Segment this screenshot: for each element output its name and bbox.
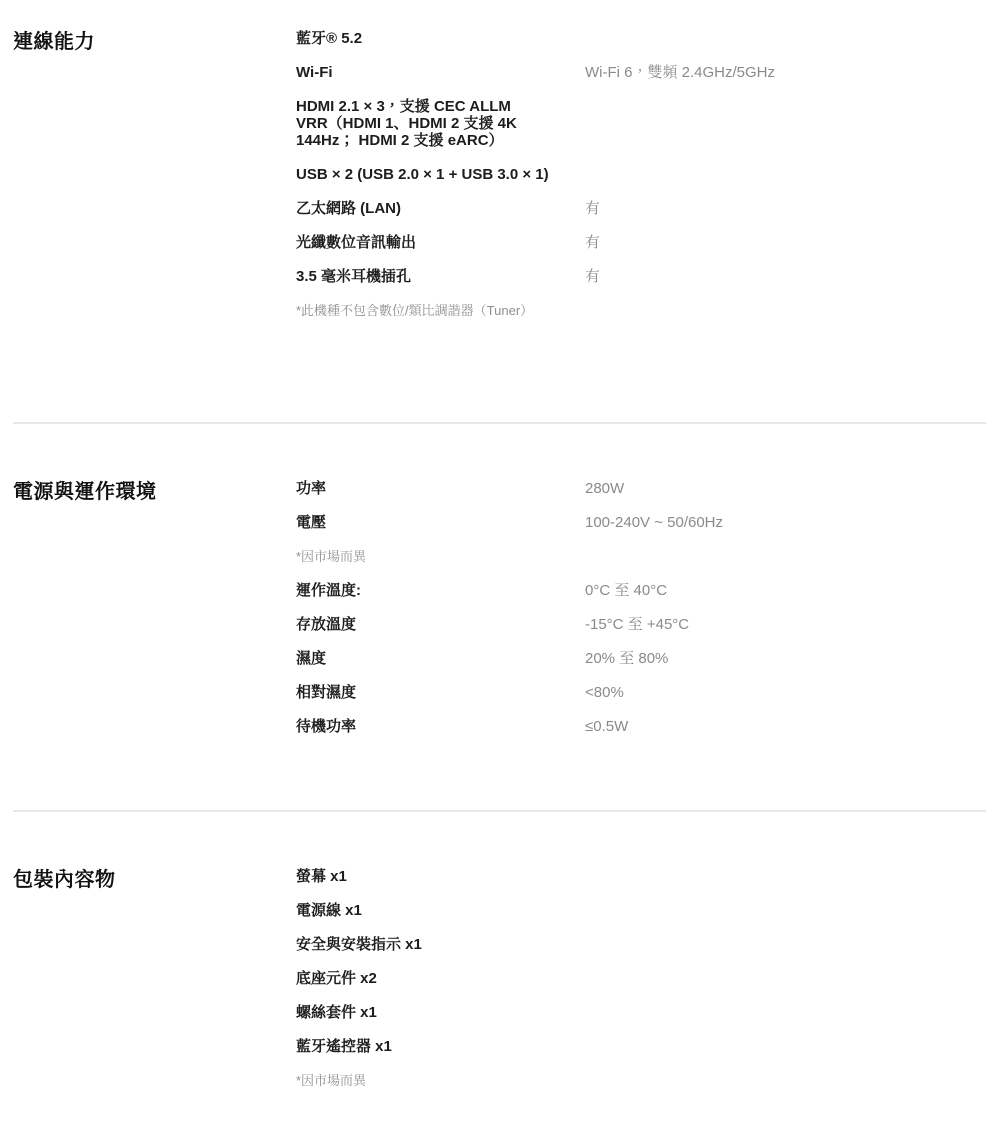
spec-rows: 螢幕 x1 電源線 x1 安全與安裝指示 x1 底座元件 x2 螺絲套件 x1 … — [296, 868, 986, 1106]
spec-label: 待機功率 — [296, 718, 585, 735]
spec-note-row: *因市場而異 — [296, 548, 986, 565]
spec-rows: 功率 280W 電壓 100-240V ~ 50/60Hz *因市場而異 運作溫… — [296, 480, 986, 752]
spec-label: 存放溫度 — [296, 616, 585, 633]
spec-value: 有 — [585, 234, 986, 251]
spec-row-storage-temperature: 存放溫度 -15°C 至 +45°C — [296, 616, 986, 633]
spec-label: USB × 2 (USB 2.0 × 1 + USB 3.0 × 1) — [296, 166, 585, 183]
spec-label: 藍牙® 5.2 — [296, 30, 585, 47]
spec-label: 安全與安裝指示 x1 — [296, 936, 585, 953]
spec-row-ethernet: 乙太網路 (LAN) 有 — [296, 200, 986, 217]
spec-row-headphone-jack: 3.5 毫米耳機插孔 有 — [296, 268, 986, 285]
section-divider — [13, 810, 986, 812]
spec-label: 濕度 — [296, 650, 585, 667]
spec-row-stand-parts: 底座元件 x2 — [296, 970, 986, 987]
section-title-power-environment: 電源與運作環境 — [13, 480, 296, 504]
section-title-connectivity: 連線能力 — [13, 30, 296, 54]
section-power-environment: 電源與運作環境 功率 280W 電壓 100-240V ~ 50/60Hz *因… — [13, 480, 986, 752]
spec-label: 底座元件 x2 — [296, 970, 585, 987]
spec-label: 螢幕 x1 — [296, 868, 585, 885]
section-package-contents: 包裝內容物 螢幕 x1 電源線 x1 安全與安裝指示 x1 底座元件 x2 螺絲… — [13, 868, 986, 1106]
tuner-note: *此機種不包含數位/類比調諧器（Tuner） — [296, 302, 585, 319]
spec-value: 280W — [585, 480, 986, 497]
spec-note-row: *因市場而異 — [296, 1072, 986, 1089]
spec-label: 運作溫度: — [296, 582, 585, 599]
spec-label: 相對濕度 — [296, 684, 585, 701]
spec-row-usb: USB × 2 (USB 2.0 × 1 + USB 3.0 × 1) — [296, 166, 986, 183]
section-title-package-contents: 包裝內容物 — [13, 868, 296, 892]
spec-row-screw-kit: 螺絲套件 x1 — [296, 1004, 986, 1021]
spec-label: 藍牙遙控器 x1 — [296, 1038, 585, 1055]
spec-label: 電源線 x1 — [296, 902, 585, 919]
spec-rows: 藍牙® 5.2 Wi-Fi Wi-Fi 6，雙頻 2.4GHz/5GHz HDM… — [296, 30, 986, 336]
spec-value: 有 — [585, 268, 986, 285]
spec-page: 連線能力 藍牙® 5.2 Wi-Fi Wi-Fi 6，雙頻 2.4GHz/5GH… — [0, 0, 1000, 1126]
spec-label: 光纖數位音訊輸出 — [296, 234, 585, 251]
spec-label: 螺絲套件 x1 — [296, 1004, 585, 1021]
spec-value: Wi-Fi 6，雙頻 2.4GHz/5GHz — [585, 64, 986, 81]
spec-value: 0°C 至 40°C — [585, 582, 986, 599]
spec-label: 3.5 毫米耳機插孔 — [296, 268, 585, 285]
spec-label: 功率 — [296, 480, 585, 497]
spec-value: 有 — [585, 200, 986, 217]
spec-value: 100-240V ~ 50/60Hz — [585, 514, 986, 531]
spec-row-voltage: 電壓 100-240V ~ 50/60Hz — [296, 514, 986, 531]
spec-value: <80% — [585, 684, 986, 701]
spec-row-humidity: 濕度 20% 至 80% — [296, 650, 986, 667]
market-note: *因市場而異 — [296, 1072, 585, 1089]
spec-value: ≤0.5W — [585, 718, 986, 735]
spec-row-safety-guide: 安全與安裝指示 x1 — [296, 936, 986, 953]
spec-row-bluetooth: 藍牙® 5.2 — [296, 30, 986, 47]
spec-label: 乙太網路 (LAN) — [296, 200, 585, 217]
spec-row-relative-humidity: 相對濕度 <80% — [296, 684, 986, 701]
market-note: *因市場而異 — [296, 548, 585, 565]
spec-row-power: 功率 280W — [296, 480, 986, 497]
spec-row-bluetooth-remote: 藍牙遙控器 x1 — [296, 1038, 986, 1055]
spec-row-operating-temperature: 運作溫度: 0°C 至 40°C — [296, 582, 986, 599]
spec-label: 電壓 — [296, 514, 585, 531]
spec-note-row: *此機種不包含數位/類比調諧器（Tuner） — [296, 302, 986, 319]
spec-label: Wi-Fi — [296, 64, 585, 81]
spec-row-hdmi: HDMI 2.1 × 3，支援 CEC ALLM VRR（HDMI 1、HDMI… — [296, 98, 986, 149]
spec-value: 20% 至 80% — [585, 650, 986, 667]
spec-row-power-cord: 電源線 x1 — [296, 902, 986, 919]
spec-row-screen: 螢幕 x1 — [296, 868, 986, 885]
spec-row-optical-audio: 光纖數位音訊輸出 有 — [296, 234, 986, 251]
spec-label: HDMI 2.1 × 3，支援 CEC ALLM VRR（HDMI 1、HDMI… — [296, 98, 554, 149]
spec-value: -15°C 至 +45°C — [585, 616, 986, 633]
spec-row-standby-power: 待機功率 ≤0.5W — [296, 718, 986, 735]
section-connectivity: 連線能力 藍牙® 5.2 Wi-Fi Wi-Fi 6，雙頻 2.4GHz/5GH… — [13, 30, 986, 336]
spec-row-wifi: Wi-Fi Wi-Fi 6，雙頻 2.4GHz/5GHz — [296, 64, 986, 81]
section-divider — [13, 422, 986, 424]
